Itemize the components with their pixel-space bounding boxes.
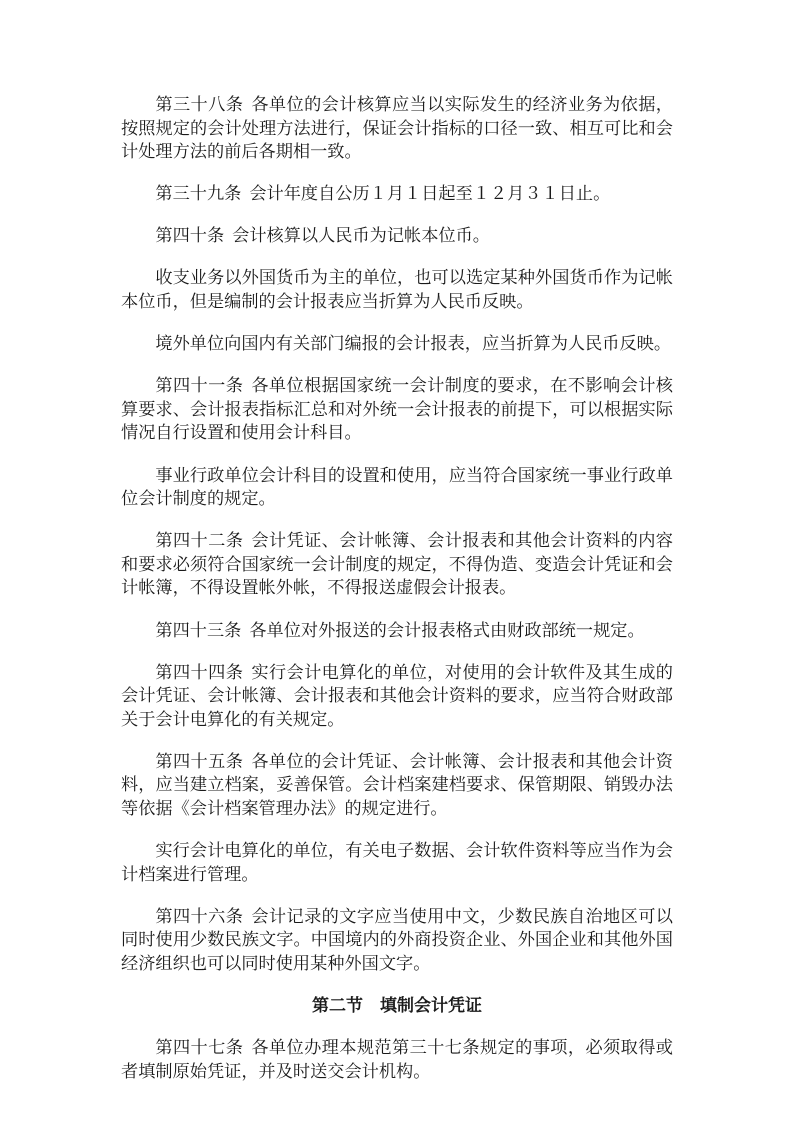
paragraph-text: 境外单位向国内有关部门编报的会计报表，应当折算为人民币反映。 (155, 334, 671, 354)
paragraph-text: 事业行政单位会计科目的设置和使用，应当符合国家统一事业行政单位会计制度的规定。 (121, 466, 673, 510)
article-text: 会计核算以人民币为记帐本位币。 (232, 226, 490, 246)
article-40: 第四十条会计核算以人民币为记帐本位币。 (121, 225, 673, 249)
article-45-clause-2: 实行会计电算化的单位，有关电子数据、会计软件资料等应当作为会计档案进行管理。 (121, 840, 673, 887)
article-41: 第四十一条各单位根据国家统一会计制度的要求，在不影响会计核算要求、会计报表指标汇… (121, 375, 673, 446)
article-number: 第四十六条 (155, 907, 243, 927)
article-number: 第四十七条 (155, 1038, 243, 1058)
article-number: 第四十二条 (155, 531, 243, 551)
article-39: 第三十九条会计年度自公历１月１日起至１２月３１日止。 (121, 183, 673, 207)
article-47: 第四十七条各单位办理本规范第三十七条规定的事项，必须取得或者填制原始凭证，并及时… (121, 1037, 673, 1084)
article-46: 第四十六条会计记录的文字应当使用中文，少数民族自治地区可以同时使用少数民族文字。… (121, 906, 673, 977)
paragraph-text: 实行会计电算化的单位，有关电子数据、会计软件资料等应当作为会计档案进行管理。 (121, 841, 673, 885)
article-43: 第四十三条各单位对外报送的会计报表格式由财政部统一规定。 (121, 620, 673, 644)
article-38: 第三十八条各单位的会计核算应当以实际发生的经济业务为依据，按照规定的会计处理方法… (121, 94, 673, 165)
article-text: 会计年度自公历１月１日起至１２月３１日止。 (249, 184, 610, 204)
article-44: 第四十四条实行会计电算化的单位，对使用的会计软件及其生成的会计凭证、会计帐簿、会… (121, 662, 673, 733)
paragraph-text: 收支业务以外国货币为主的单位，也可以选定某种外国货币作为记帐本位币，但是编制的会… (121, 268, 673, 312)
article-42: 第四十二条会计凭证、会计帐簿、会计报表和其他会计资料的内容和要求必须符合国家统一… (121, 530, 673, 601)
article-41-clause-2: 事业行政单位会计科目的设置和使用，应当符合国家统一事业行政单位会计制度的规定。 (121, 465, 673, 512)
article-number: 第四十三条 (155, 621, 241, 641)
article-45: 第四十五条各单位的会计凭证、会计帐簿、会计报表和其他会计资料，应当建立档案，妥善… (121, 751, 673, 822)
document-page: 第三十八条各单位的会计核算应当以实际发生的经济业务为依据，按照规定的会计处理方法… (121, 94, 673, 1103)
article-number: 第三十八条 (155, 95, 243, 115)
article-number: 第四十五条 (155, 752, 243, 772)
article-number: 第四十四条 (155, 663, 243, 683)
article-number: 第四十一条 (155, 376, 243, 396)
article-text: 各单位对外报送的会计报表格式由财政部统一规定。 (249, 621, 644, 641)
article-number: 第四十条 (155, 226, 224, 246)
article-40-clause-3: 境外单位向国内有关部门编报的会计报表，应当折算为人民币反映。 (121, 333, 673, 357)
article-40-clause-2: 收支业务以外国货币为主的单位，也可以选定某种外国货币作为记帐本位币，但是编制的会… (121, 267, 673, 314)
article-number: 第三十九条 (155, 184, 241, 204)
section-title: 填制会计凭证 (380, 996, 482, 1016)
section-number: 第二节 (312, 996, 363, 1016)
section-heading: 第二节填制会计凭证 (121, 995, 673, 1019)
